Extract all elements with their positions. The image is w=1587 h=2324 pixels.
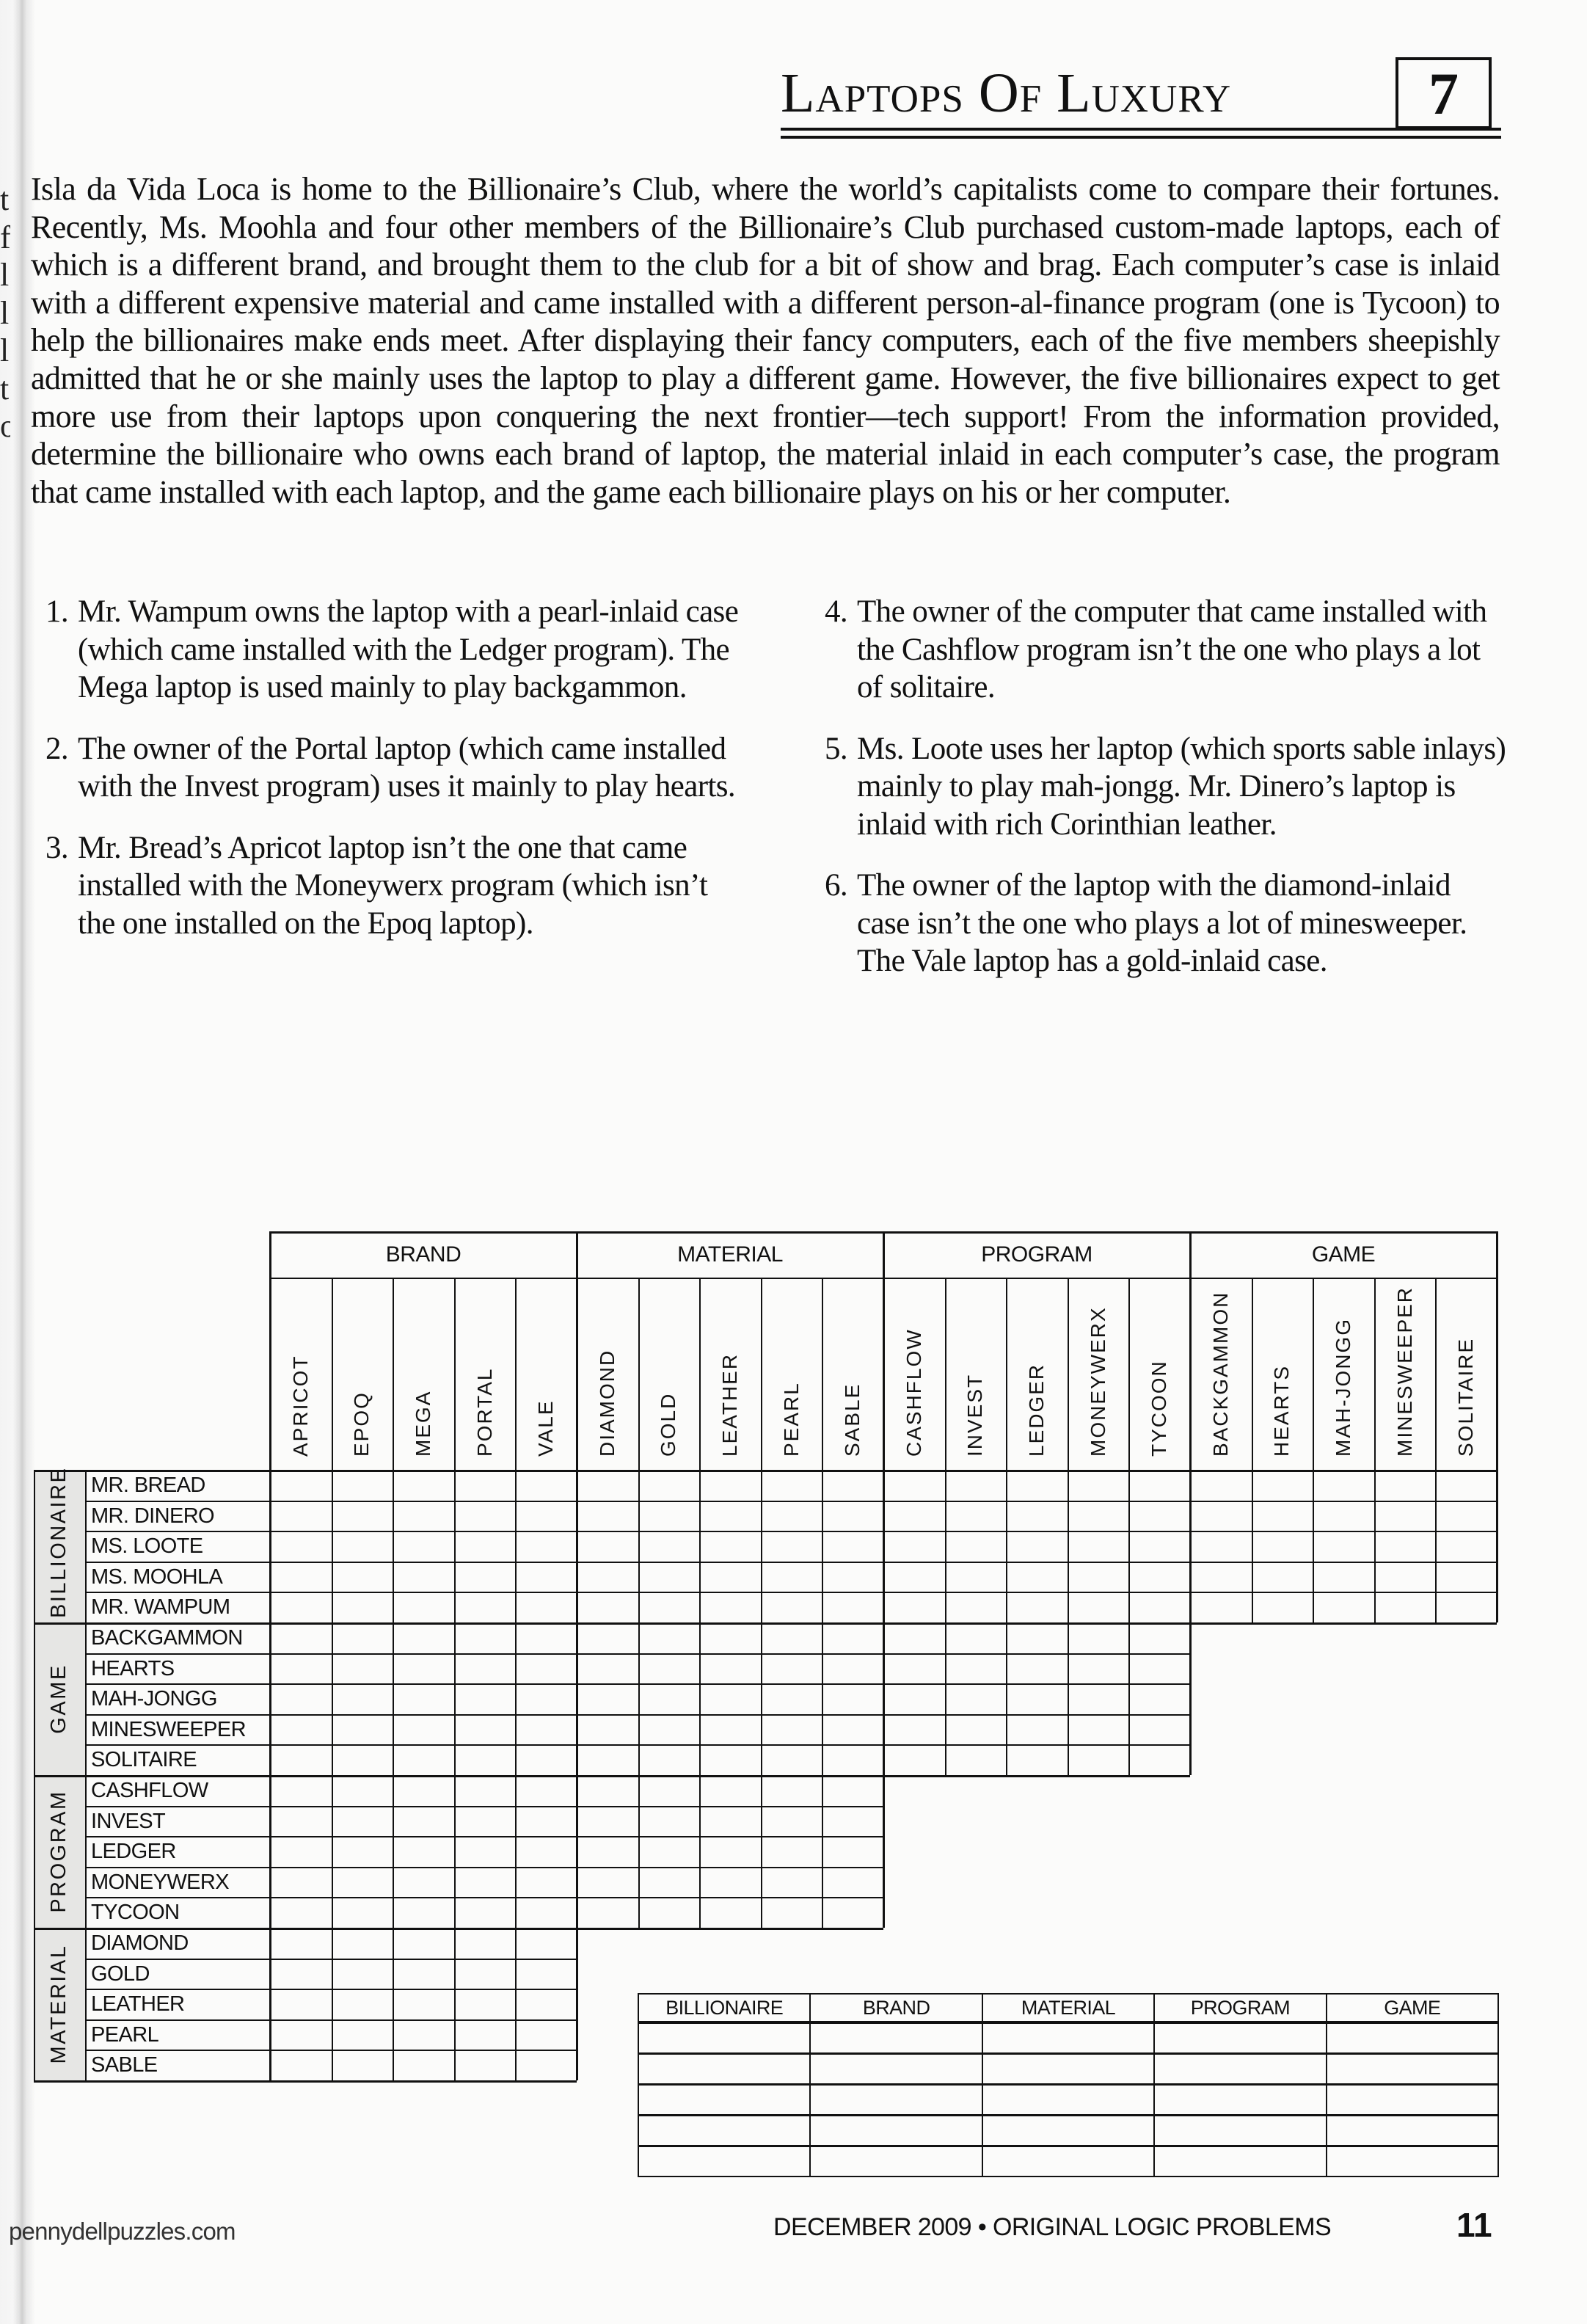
grid-cell[interactable] xyxy=(270,2019,332,2050)
grid-cell[interactable] xyxy=(945,1683,1007,1714)
grid-cell[interactable] xyxy=(454,1714,516,1745)
grid-cell[interactable] xyxy=(699,1836,761,1867)
grid-cell[interactable] xyxy=(515,1562,577,1592)
grid-cell[interactable] xyxy=(577,1806,638,1837)
grid-cell[interactable] xyxy=(699,1775,761,1806)
grid-cell[interactable] xyxy=(761,1501,822,1531)
grid-line xyxy=(1128,1278,1130,1775)
grid-cell[interactable] xyxy=(822,1867,883,1898)
grid-cell[interactable] xyxy=(515,1836,577,1867)
grid-cell[interactable] xyxy=(1128,1653,1190,1684)
grid-cell[interactable] xyxy=(1374,1470,1436,1501)
grid-cell[interactable] xyxy=(1313,1470,1374,1501)
grid-cell[interactable] xyxy=(270,1683,332,1714)
grid-cell[interactable] xyxy=(454,2050,516,2080)
grid-cell[interactable] xyxy=(945,1501,1007,1531)
grid-cell[interactable] xyxy=(393,1531,454,1562)
grid-cell[interactable] xyxy=(1006,1470,1068,1501)
column-label: MINESWEEPER xyxy=(1393,1286,1417,1457)
grid-cell[interactable] xyxy=(332,2019,393,2050)
grid-cell[interactable] xyxy=(515,1622,577,1653)
grid-cell[interactable] xyxy=(270,1867,332,1898)
grid-cell[interactable] xyxy=(1006,1653,1068,1684)
answer-cell[interactable] xyxy=(810,2116,982,2146)
grid-cell[interactable] xyxy=(515,1989,577,2019)
grid-cell[interactable] xyxy=(454,1653,516,1684)
column-label: PEARL xyxy=(780,1382,803,1457)
grid-cell[interactable] xyxy=(1252,1592,1313,1622)
grid-cell[interactable] xyxy=(393,2050,454,2080)
grid-cell[interactable] xyxy=(332,1928,393,1959)
grid-cell[interactable] xyxy=(638,1897,700,1928)
grid-cell[interactable] xyxy=(393,1622,454,1653)
grid-cell[interactable] xyxy=(638,1592,700,1622)
grid-cell[interactable] xyxy=(515,1928,577,1959)
grid-cell[interactable] xyxy=(577,1683,638,1714)
grid-cell[interactable] xyxy=(638,1653,700,1684)
answer-header-material: MATERIAL xyxy=(982,1994,1154,2022)
puzzle-title: Laptops Of Luxury xyxy=(781,60,1231,126)
answer-cell[interactable] xyxy=(638,2085,810,2116)
grid-cell[interactable] xyxy=(454,1836,516,1867)
grid-cell[interactable] xyxy=(270,1928,332,1959)
row-label: MS. MOOHLA xyxy=(91,1562,222,1592)
clue-number: 4. xyxy=(825,593,857,707)
grid-cell[interactable] xyxy=(454,2019,516,2050)
grid-cell[interactable] xyxy=(1128,1592,1190,1622)
answer-cell[interactable] xyxy=(810,2085,982,2116)
grid-cell[interactable] xyxy=(1006,1714,1068,1745)
grid-cell[interactable] xyxy=(945,1622,1007,1653)
grid-cell[interactable] xyxy=(454,1501,516,1531)
grid-cell[interactable] xyxy=(1190,1531,1252,1562)
grid-cell[interactable] xyxy=(883,1562,945,1592)
grid-cell[interactable] xyxy=(822,1622,883,1653)
grid-cell[interactable] xyxy=(638,1836,700,1867)
grid-cell[interactable] xyxy=(270,1836,332,1867)
grid-cell[interactable] xyxy=(577,1867,638,1898)
grid-cell[interactable] xyxy=(515,1867,577,1898)
grid-cell[interactable] xyxy=(761,1653,822,1684)
grid-cell[interactable] xyxy=(822,1592,883,1622)
grid-cell[interactable] xyxy=(761,1714,822,1745)
grid-cell[interactable] xyxy=(761,1531,822,1562)
grid-cell[interactable] xyxy=(638,1531,700,1562)
grid-cell[interactable] xyxy=(1006,1531,1068,1562)
grid-cell[interactable] xyxy=(1252,1562,1313,1592)
grid-cell[interactable] xyxy=(822,1501,883,1531)
grid-cell[interactable] xyxy=(822,1531,883,1562)
answer-cell[interactable] xyxy=(1154,2054,1326,2085)
grid-cell[interactable] xyxy=(761,1562,822,1592)
grid-cell[interactable] xyxy=(577,1531,638,1562)
grid-cell[interactable] xyxy=(1068,1562,1129,1592)
clue-text: Ms. Loote uses her laptop (which sports … xyxy=(857,730,1507,844)
grid-cell[interactable] xyxy=(945,1744,1007,1775)
answer-cell[interactable] xyxy=(982,2022,1154,2054)
grid-cell[interactable] xyxy=(515,1744,577,1775)
grid-cell[interactable] xyxy=(1068,1531,1129,1562)
answer-cell[interactable] xyxy=(1327,2146,1498,2177)
grid-cell[interactable] xyxy=(761,1806,822,1837)
grid-cell[interactable] xyxy=(332,1653,393,1684)
answer-cell[interactable] xyxy=(1154,2022,1326,2054)
answer-cell[interactable] xyxy=(810,2146,982,2177)
row-label: LEDGER xyxy=(91,1837,176,1867)
grid-cell[interactable] xyxy=(454,1622,516,1653)
grid-cell[interactable] xyxy=(332,2050,393,2080)
grid-cell[interactable] xyxy=(1190,1470,1252,1501)
answer-cell[interactable] xyxy=(1154,2146,1326,2177)
grid-cell[interactable] xyxy=(883,1501,945,1531)
grid-cell[interactable] xyxy=(1006,1592,1068,1622)
grid-cell[interactable] xyxy=(577,1897,638,1928)
grid-cell[interactable] xyxy=(1435,1592,1497,1622)
grid-cell[interactable] xyxy=(761,1622,822,1653)
grid-cell[interactable] xyxy=(883,1592,945,1622)
grid-cell[interactable] xyxy=(1374,1501,1436,1531)
grid-cell[interactable] xyxy=(270,1470,332,1501)
grid-cell[interactable] xyxy=(577,1562,638,1592)
grid-cell[interactable] xyxy=(1006,1501,1068,1531)
grid-cell[interactable] xyxy=(822,1775,883,1806)
grid-cell[interactable] xyxy=(883,1470,945,1501)
grid-cell[interactable] xyxy=(393,1653,454,1684)
grid-cell[interactable] xyxy=(638,1683,700,1714)
grid-cell[interactable] xyxy=(270,1653,332,1684)
grid-cell[interactable] xyxy=(393,1928,454,1959)
grid-cell[interactable] xyxy=(699,1714,761,1745)
grid-cell[interactable] xyxy=(332,1989,393,2019)
grid-cell[interactable] xyxy=(515,1775,577,1806)
grid-cell[interactable] xyxy=(1128,1622,1190,1653)
grid-cell[interactable] xyxy=(1128,1470,1190,1501)
grid-cell[interactable] xyxy=(822,1714,883,1745)
grid-cell[interactable] xyxy=(1435,1562,1497,1592)
grid-cell[interactable] xyxy=(1435,1501,1497,1531)
grid-cell[interactable] xyxy=(393,1744,454,1775)
grid-cell[interactable] xyxy=(761,1836,822,1867)
grid-cell[interactable] xyxy=(1006,1744,1068,1775)
grid-cell[interactable] xyxy=(883,1531,945,1562)
grid-cell[interactable] xyxy=(454,1806,516,1837)
grid-cell[interactable] xyxy=(1374,1592,1436,1622)
grid-cell[interactable] xyxy=(945,1470,1007,1501)
answer-cell[interactable] xyxy=(638,2146,810,2177)
grid-cell[interactable] xyxy=(393,1806,454,1837)
grid-cell[interactable] xyxy=(822,1806,883,1837)
answer-cell[interactable] xyxy=(1327,2054,1498,2085)
grid-line xyxy=(1252,1278,1253,1622)
grid-cell[interactable] xyxy=(393,1989,454,2019)
grid-line xyxy=(945,1278,946,1775)
grid-cell[interactable] xyxy=(1128,1531,1190,1562)
grid-cell[interactable] xyxy=(393,2019,454,2050)
grid-cell[interactable] xyxy=(515,1470,577,1501)
grid-cell[interactable] xyxy=(393,1775,454,1806)
answer-cell[interactable] xyxy=(982,2116,1154,2146)
grid-cell[interactable] xyxy=(332,1867,393,1898)
grid-cell[interactable] xyxy=(577,1653,638,1684)
grid-cell[interactable] xyxy=(454,1775,516,1806)
grid-cell[interactable] xyxy=(945,1531,1007,1562)
clue-item: 4. The owner of the computer that came i… xyxy=(825,593,1507,707)
grid-cell[interactable] xyxy=(393,1714,454,1745)
grid-cell[interactable] xyxy=(332,1836,393,1867)
clue-number: 1. xyxy=(45,593,78,707)
answer-cell[interactable] xyxy=(810,2022,982,2054)
grid-cell[interactable] xyxy=(393,1836,454,1867)
grid-cell[interactable] xyxy=(515,1897,577,1928)
grid-cell[interactable] xyxy=(1128,1562,1190,1592)
grid-cell[interactable] xyxy=(761,1867,822,1898)
grid-cell[interactable] xyxy=(454,1562,516,1592)
grid-cell[interactable] xyxy=(270,1714,332,1745)
column-label: APRICOT xyxy=(289,1355,313,1457)
grid-cell[interactable] xyxy=(332,1531,393,1562)
grid-cell[interactable] xyxy=(1068,1653,1129,1684)
grid-cell[interactable] xyxy=(270,1501,332,1531)
grid-cell[interactable] xyxy=(332,1897,393,1928)
grid-cell[interactable] xyxy=(638,1622,700,1653)
grid-line xyxy=(85,1775,87,1928)
grid-cell[interactable] xyxy=(1068,1501,1129,1531)
clue-text: The owner of the computer that came inst… xyxy=(857,593,1507,707)
grid-cell[interactable] xyxy=(822,1470,883,1501)
grid-cell[interactable] xyxy=(270,1775,332,1806)
grid-cell[interactable] xyxy=(1128,1683,1190,1714)
grid-cell[interactable] xyxy=(822,1562,883,1592)
grid-cell[interactable] xyxy=(699,1501,761,1531)
answer-cell[interactable] xyxy=(1327,2085,1498,2116)
grid-cell[interactable] xyxy=(699,1806,761,1837)
grid-cell[interactable] xyxy=(270,1562,332,1592)
grid-cell[interactable] xyxy=(454,1897,516,1928)
grid-cell[interactable] xyxy=(1006,1622,1068,1653)
grid-cell[interactable] xyxy=(515,1806,577,1837)
grid-cell[interactable] xyxy=(699,1897,761,1928)
grid-cell[interactable] xyxy=(761,1683,822,1714)
grid-cell[interactable] xyxy=(638,1744,700,1775)
grid-cell[interactable] xyxy=(270,1989,332,2019)
grid-cell[interactable] xyxy=(393,1683,454,1714)
grid-cell[interactable] xyxy=(577,1470,638,1501)
grid-cell[interactable] xyxy=(1068,1592,1129,1622)
grid-cell[interactable] xyxy=(393,1897,454,1928)
grid-cell[interactable] xyxy=(515,2050,577,2080)
grid-cell[interactable] xyxy=(332,1683,393,1714)
grid-cell[interactable] xyxy=(1190,1501,1252,1531)
answer-row xyxy=(638,2022,1498,2054)
grid-cell[interactable] xyxy=(332,1714,393,1745)
grid-cell[interactable] xyxy=(638,1562,700,1592)
grid-cell[interactable] xyxy=(454,1928,516,1959)
grid-cell[interactable] xyxy=(1006,1683,1068,1714)
grid-cell[interactable] xyxy=(945,1592,1007,1622)
grid-cell[interactable] xyxy=(270,1959,332,1989)
grid-cell[interactable] xyxy=(454,1683,516,1714)
grid-cell[interactable] xyxy=(1374,1531,1436,1562)
grid-cell[interactable] xyxy=(515,1592,577,1622)
grid-cell[interactable] xyxy=(699,1622,761,1653)
grid-cell[interactable] xyxy=(699,1531,761,1562)
grid-cell[interactable] xyxy=(454,1744,516,1775)
grid-cell[interactable] xyxy=(577,1622,638,1653)
grid-cell[interactable] xyxy=(1068,1744,1129,1775)
grid-cell[interactable] xyxy=(699,1867,761,1898)
grid-cell[interactable] xyxy=(761,1470,822,1501)
grid-cell[interactable] xyxy=(1313,1562,1374,1592)
grid-cell[interactable] xyxy=(332,1622,393,1653)
grid-cell[interactable] xyxy=(577,1836,638,1867)
grid-cell[interactable] xyxy=(454,1867,516,1898)
grid-cell[interactable] xyxy=(945,1714,1007,1745)
grid-cell[interactable] xyxy=(454,1470,516,1501)
grid-cell[interactable] xyxy=(822,1836,883,1867)
answer-cell[interactable] xyxy=(638,2116,810,2146)
grid-cell[interactable] xyxy=(761,1592,822,1622)
grid-cell[interactable] xyxy=(393,1959,454,1989)
answer-cell[interactable] xyxy=(638,2022,810,2054)
grid-cell[interactable] xyxy=(515,1714,577,1745)
grid-cell[interactable] xyxy=(454,1959,516,1989)
answer-cell[interactable] xyxy=(638,2054,810,2085)
grid-cell[interactable] xyxy=(270,1531,332,1562)
grid-cell[interactable] xyxy=(1190,1562,1252,1592)
answer-cell[interactable] xyxy=(810,2054,982,2085)
grid-cell[interactable] xyxy=(883,1653,945,1684)
grid-cell[interactable] xyxy=(822,1683,883,1714)
grid-cell[interactable] xyxy=(270,1806,332,1837)
grid-cell[interactable] xyxy=(332,1470,393,1501)
answer-cell[interactable] xyxy=(982,2054,1154,2085)
grid-cell[interactable] xyxy=(945,1653,1007,1684)
grid-cell[interactable] xyxy=(638,1806,700,1837)
grid-cell[interactable] xyxy=(454,1531,516,1562)
grid-cell[interactable] xyxy=(945,1562,1007,1592)
answer-row xyxy=(638,2146,1498,2177)
grid-cell[interactable] xyxy=(638,1501,700,1531)
grid-cell[interactable] xyxy=(761,1744,822,1775)
grid-cell[interactable] xyxy=(1435,1531,1497,1562)
answer-cell[interactable] xyxy=(982,2085,1154,2116)
grid-cell[interactable] xyxy=(1190,1592,1252,1622)
grid-cell[interactable] xyxy=(515,1531,577,1562)
grid-cell[interactable] xyxy=(1313,1592,1374,1622)
grid-cell[interactable] xyxy=(699,1653,761,1684)
column-label: LEATHER xyxy=(718,1353,742,1457)
answer-cell[interactable] xyxy=(1154,2085,1326,2116)
grid-cell[interactable] xyxy=(1435,1470,1497,1501)
grid-cell[interactable] xyxy=(332,1775,393,1806)
grid-cell[interactable] xyxy=(699,1683,761,1714)
grid-cell[interactable] xyxy=(515,1501,577,1531)
grid-cell[interactable] xyxy=(822,1744,883,1775)
grid-cell[interactable] xyxy=(577,1592,638,1622)
grid-cell[interactable] xyxy=(638,1470,700,1501)
grid-cell[interactable] xyxy=(454,1989,516,2019)
clue-text: Mr. Wampum owns the laptop with a pearl-… xyxy=(78,593,750,707)
grid-cell[interactable] xyxy=(761,1775,822,1806)
grid-cell[interactable] xyxy=(454,1592,516,1622)
grid-cell[interactable] xyxy=(1068,1622,1129,1653)
grid-cell[interactable] xyxy=(270,2050,332,2080)
grid-cell[interactable] xyxy=(515,2019,577,2050)
grid-cell[interactable] xyxy=(332,1501,393,1531)
grid-cell[interactable] xyxy=(1374,1562,1436,1592)
grid-cell[interactable] xyxy=(1006,1562,1068,1592)
grid-cell[interactable] xyxy=(515,1959,577,1989)
grid-cell[interactable] xyxy=(1252,1501,1313,1531)
grid-cell[interactable] xyxy=(332,1959,393,1989)
grid-cell[interactable] xyxy=(1068,1714,1129,1745)
grid-cell[interactable] xyxy=(393,1501,454,1531)
grid-cell[interactable] xyxy=(577,1714,638,1745)
grid-cell[interactable] xyxy=(1068,1470,1129,1501)
grid-cell[interactable] xyxy=(638,1867,700,1898)
grid-cell[interactable] xyxy=(699,1562,761,1592)
grid-cell[interactable] xyxy=(1128,1714,1190,1745)
grid-cell[interactable] xyxy=(577,1501,638,1531)
grid-cell[interactable] xyxy=(761,1897,822,1928)
answer-cell[interactable] xyxy=(1327,2116,1498,2146)
grid-cell[interactable] xyxy=(332,1592,393,1622)
grid-cell[interactable] xyxy=(393,1562,454,1592)
grid-cell[interactable] xyxy=(1128,1744,1190,1775)
grid-cell[interactable] xyxy=(577,1744,638,1775)
grid-cell[interactable] xyxy=(638,1714,700,1745)
grid-cell[interactable] xyxy=(270,1744,332,1775)
grid-cell[interactable] xyxy=(1313,1531,1374,1562)
grid-cell[interactable] xyxy=(883,1744,945,1775)
grid-group-border xyxy=(34,2080,577,2083)
column-label: MAH-JONGG xyxy=(1332,1318,1355,1457)
grid-cell[interactable] xyxy=(332,1744,393,1775)
grid-cell[interactable] xyxy=(822,1897,883,1928)
grid-cell[interactable] xyxy=(883,1714,945,1745)
grid-cell[interactable] xyxy=(883,1683,945,1714)
grid-cell[interactable] xyxy=(1252,1531,1313,1562)
grid-cell[interactable] xyxy=(515,1653,577,1684)
grid-cell[interactable] xyxy=(393,1867,454,1898)
grid-cell[interactable] xyxy=(270,1897,332,1928)
grid-cell[interactable] xyxy=(699,1744,761,1775)
grid-cell[interactable] xyxy=(270,1592,332,1622)
grid-cell[interactable] xyxy=(393,1592,454,1622)
grid-cell[interactable] xyxy=(332,1806,393,1837)
grid-cell[interactable] xyxy=(1128,1501,1190,1531)
answer-cell[interactable] xyxy=(1154,2116,1326,2146)
column-label: EPOQ xyxy=(350,1391,373,1457)
grid-cell[interactable] xyxy=(515,1683,577,1714)
grid-cell[interactable] xyxy=(699,1470,761,1501)
grid-cell[interactable] xyxy=(270,1622,332,1653)
grid-cell[interactable] xyxy=(332,1562,393,1592)
grid-cell[interactable] xyxy=(822,1653,883,1684)
answer-cell[interactable] xyxy=(982,2146,1154,2177)
grid-cell[interactable] xyxy=(393,1470,454,1501)
footer-issue: DECEMBER 2009 • ORIGINAL LOGIC PROBLEMS xyxy=(773,2213,1331,2242)
grid-cell[interactable] xyxy=(638,1775,700,1806)
grid-cell[interactable] xyxy=(699,1592,761,1622)
grid-line xyxy=(1435,1278,1437,1622)
grid-cell[interactable] xyxy=(1252,1470,1313,1501)
answer-cell[interactable] xyxy=(1327,2022,1498,2054)
grid-cell[interactable] xyxy=(577,1775,638,1806)
grid-cell[interactable] xyxy=(1068,1683,1129,1714)
grid-cell[interactable] xyxy=(1313,1501,1374,1531)
grid-cell[interactable] xyxy=(883,1622,945,1653)
